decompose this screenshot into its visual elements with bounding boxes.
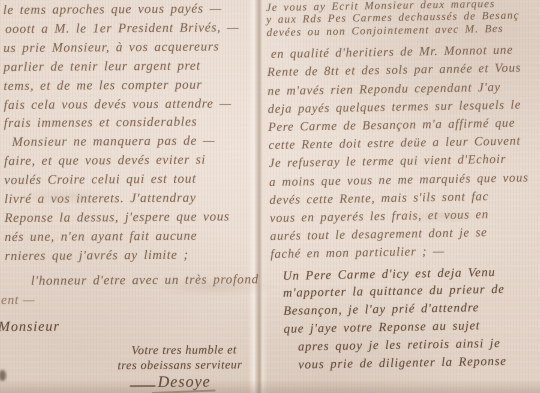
manuscript-line: livré a vos interets. J'attendray <box>4 188 256 209</box>
salutation: Monsieur <box>0 316 257 337</box>
manuscript-line: tems, et de me les compter pour <box>4 75 256 96</box>
manuscript-line: faire, et que vous devés eviter si <box>4 150 256 171</box>
manuscript-line: fais cela vous devés vous attendre — <box>4 94 256 115</box>
manuscript-line: us prie Monsieur, à vos acquereurs <box>3 37 255 58</box>
closing-line: Votre tres humble et <box>117 342 267 358</box>
left-page: le tems aproches que vous payés — ooott … <box>3 0 257 337</box>
right-page-opening: Je vous ay Ecrit Monsieur deux marques y… <box>266 0 540 39</box>
left-page-body: le tems aproches que vous payés — ooott … <box>3 0 257 266</box>
signature: Desoye <box>158 374 268 390</box>
manuscript-line: voulés Croire celui qui est tout <box>4 169 256 190</box>
ink-blot-mark <box>0 370 6 381</box>
closing-block: Votre tres humble et tres obeissans serv… <box>117 342 267 390</box>
respect-line-fragment: ent — <box>1 288 257 309</box>
manuscript-line: le tems aproches que vous payés — <box>3 0 255 20</box>
honneur-line: l'honneur d'etre avec un très profond <box>5 269 257 290</box>
manuscript-line: rnieres que j'avrés ay limite ; <box>5 245 257 266</box>
closing-line: tres obeissans serviteur <box>117 357 267 373</box>
right-page-body: en qualité d'heritiers de Mr. Monnot une… <box>267 40 540 264</box>
manuscript-line: parlier de tenir leur argent pret <box>3 56 255 77</box>
manuscript-line: nés une, n'en ayant fait aucune <box>5 226 257 247</box>
right-page: Je vous ay Ecrit Monsieur deux marques y… <box>266 0 540 374</box>
right-page-second-paragraph: Un Pere Carme d'icy est deja Venu m'appo… <box>271 262 540 374</box>
manuscript-line: Reponse la dessus, j'espere que vous <box>4 207 256 228</box>
manuscript-line: frais immenses et considerables <box>4 113 256 134</box>
manuscript-scan: le tems aproches que vous payés — ooott … <box>0 0 540 393</box>
manuscript-line: ooott a M. le 1er President Brivés, — <box>3 18 255 39</box>
manuscript-line: Monsieur ne manquera pas de — <box>4 132 256 153</box>
